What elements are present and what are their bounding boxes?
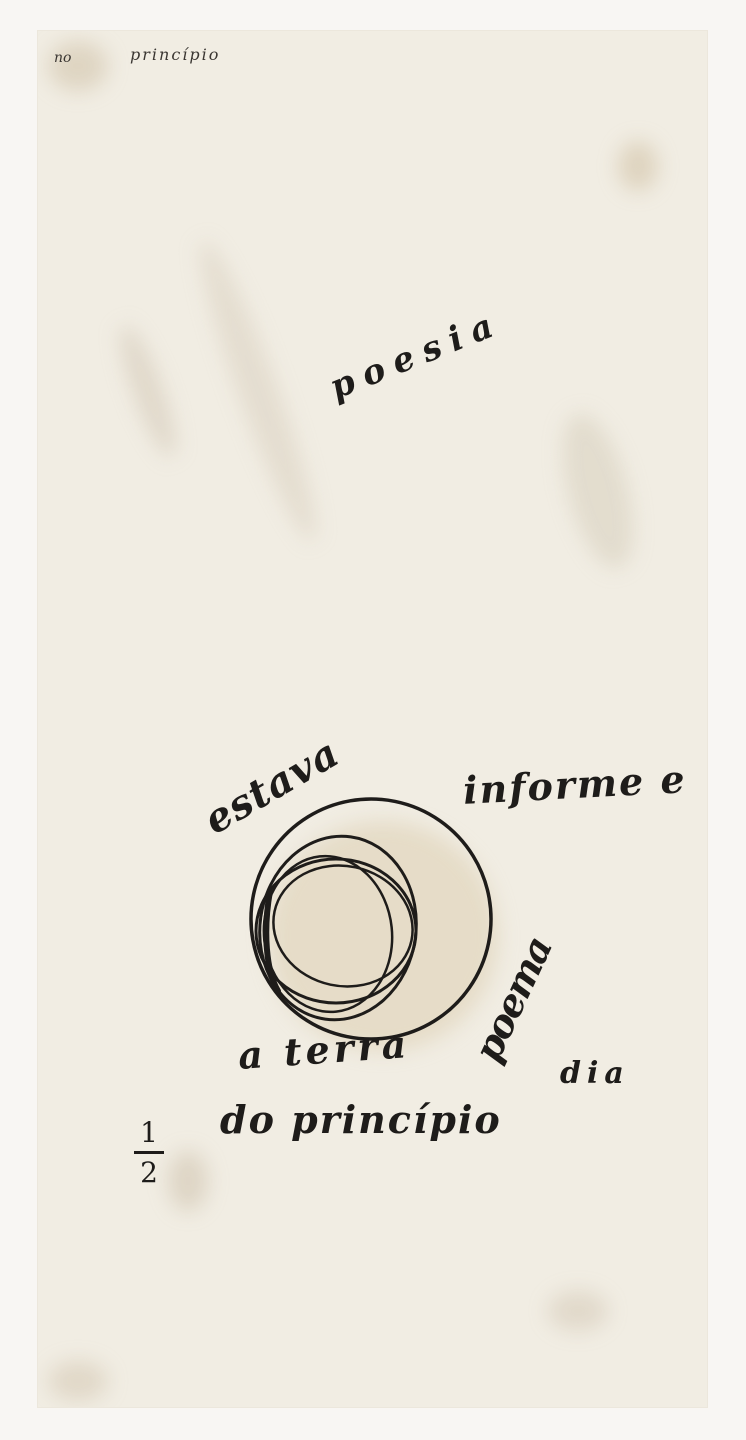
fraction-denominator: 2 (134, 1156, 164, 1189)
fraction-bar (134, 1151, 164, 1154)
inscription-do-principio: do princípio (220, 1101, 502, 1139)
inscription-a-terra: a terra (237, 1025, 411, 1075)
spiral-drawing (38, 31, 707, 1407)
paper-sheet: no princípio poesia estava informe e poe… (38, 31, 707, 1407)
inscription-dia: dia (560, 1059, 630, 1089)
fraction-one-half: 1 2 (134, 1116, 164, 1189)
fraction-numerator: 1 (134, 1116, 164, 1149)
